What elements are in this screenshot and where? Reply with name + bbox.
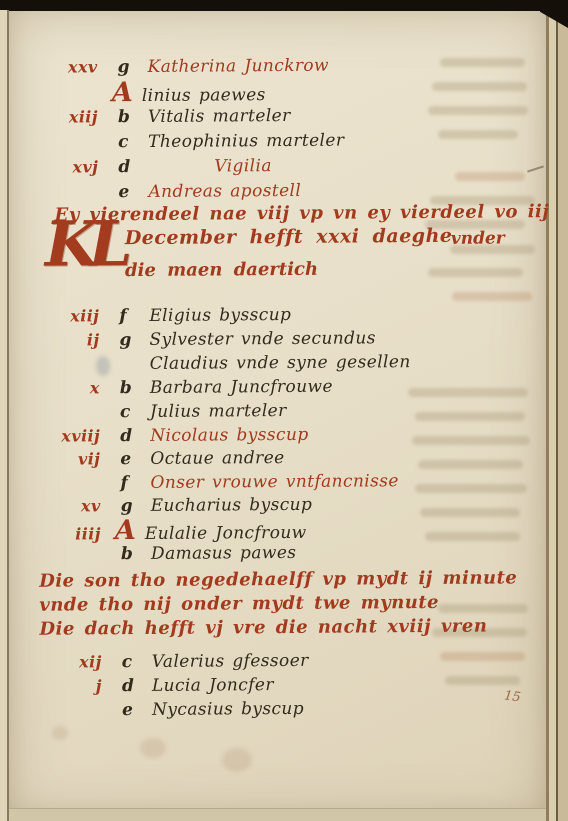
calendar-line: ij g Sylvester vnde secundus: [35, 327, 521, 351]
golden-number: xiij: [34, 107, 104, 127]
golden-number: ij: [35, 330, 105, 350]
dominical-letter: b: [107, 544, 151, 565]
feast-entry: Julius marteler: [150, 399, 522, 422]
dominical-letter: b: [104, 107, 148, 128]
calendar-line: e Andreas apostell: [34, 179, 520, 203]
dominical-letter: c: [104, 132, 148, 153]
golden-number: xxv: [34, 57, 104, 77]
feast-entry: Damasus pawes: [151, 541, 523, 564]
feast-entry: Vigilia: [148, 154, 520, 177]
calendar-line: xxv g Katherina Junckrow: [34, 54, 520, 78]
feast-entry: Onser vrouwe vntfancnisse: [150, 470, 522, 493]
sun-note-line: Die son tho negedehaelff vp mydt ij minu…: [39, 567, 517, 591]
feast-entry: Lucia Joncfer: [152, 673, 524, 696]
folio-mark: 15: [503, 688, 521, 705]
calendar-line: j d Lucia Joncfer: [38, 673, 524, 697]
dominical-letter: d: [106, 426, 150, 447]
calendar-line: xij c Valerius gfessoer: [38, 649, 524, 673]
feast-entry: Valerius gfessoer: [152, 649, 524, 672]
golden-number: xviij: [36, 426, 106, 446]
dominical-letter: f: [106, 473, 150, 494]
dominical-letter: c: [108, 652, 152, 673]
golden-number: xv: [37, 496, 107, 516]
calendar-line: c Julius marteler: [36, 399, 522, 423]
golden-number: x: [36, 378, 106, 398]
feast-entry: Vitalis marteler: [148, 104, 520, 127]
dominical-letter: g: [104, 57, 148, 78]
calendar-line: c Theophinius marteler: [34, 129, 520, 153]
feast-entry: Katherina Junckrow: [148, 54, 520, 77]
golden-number: xij: [38, 652, 108, 672]
sun-note-line: Die dach hefft vj vre die nacht xviij vr…: [39, 616, 487, 640]
calendar-text-block: xxv g Katherina Junckrow A linius paewes…: [0, 0, 568, 821]
golden-number: j: [38, 676, 108, 696]
feast-entry: linius paewes: [142, 83, 520, 106]
dominical-letter: f: [105, 306, 149, 327]
golden-number: xiij: [35, 306, 105, 326]
golden-number: iiij: [37, 524, 107, 544]
feast-entry: Theophinius marteler: [148, 129, 520, 152]
month-heading-line2: die maen daertich: [125, 259, 318, 281]
sunrise-note-carryover: vnder: [451, 228, 505, 248]
feast-entry: Claudius vnde syne gesellen: [150, 351, 522, 374]
feast-entry: Octaue andree: [150, 446, 522, 469]
feast-entry: Nycasius byscup: [152, 697, 524, 720]
feast-entry: Barbara Juncfrouwe: [150, 375, 522, 398]
dominical-letter: g: [105, 330, 149, 351]
calendar-line: xvj d Vigilia: [34, 154, 520, 178]
feast-entry: Eucharius byscup: [151, 493, 523, 516]
feast-entry: Andreas apostell: [148, 179, 520, 202]
dominical-letter: e: [104, 182, 148, 203]
calendar-line: b Damasus pawes: [37, 541, 523, 565]
calendar-line: e Nycasius byscup: [38, 697, 524, 721]
dominical-letter-initial: A: [104, 82, 142, 104]
dominical-letter: e: [108, 700, 152, 721]
calendar-line-continuation: Claudius vnde syne gesellen: [36, 351, 522, 375]
dominical-letter: d: [104, 157, 148, 178]
dominical-letter: d: [108, 676, 152, 697]
dominical-letter-initial: A: [107, 520, 145, 542]
dominical-letter: e: [106, 449, 150, 470]
feast-entry: Eligius bysscup: [149, 303, 521, 326]
calendar-line: f Onser vrouwe vntfancnisse: [36, 470, 522, 494]
calendar-line: xiij b Vitalis marteler: [34, 104, 520, 128]
kl-monogram: KL: [45, 213, 123, 276]
calendar-line: xv g Eucharius byscup: [37, 493, 523, 517]
dominical-letter: b: [106, 378, 150, 399]
calendar-line: vij e Octaue andree: [36, 446, 522, 470]
calendar-line: x b Barbara Juncfrouwe: [36, 375, 522, 399]
month-heading: December hefft xxxi daeghe: [125, 225, 453, 249]
manuscript-photo: xxv g Katherina Junckrow A linius paewes…: [0, 0, 568, 821]
sun-note-line: vnde tho nij onder mydt twe mynute: [39, 592, 439, 616]
sunrise-note: Ey vierendeel nae viij vp vn ey vierdeel…: [55, 201, 550, 225]
calendar-line: A linius paewes: [34, 79, 520, 107]
dominical-letter: g: [107, 496, 151, 517]
dominical-letter: c: [106, 402, 150, 423]
feast-entry: Nicolaus bysscup: [150, 423, 522, 446]
golden-number: vij: [36, 449, 106, 469]
golden-number: xvj: [34, 157, 104, 177]
calendar-line: xiij f Eligius bysscup: [35, 303, 521, 327]
calendar-line: xviij d Nicolaus bysscup: [36, 423, 522, 447]
feast-entry: Sylvester vnde secundus: [149, 327, 521, 350]
